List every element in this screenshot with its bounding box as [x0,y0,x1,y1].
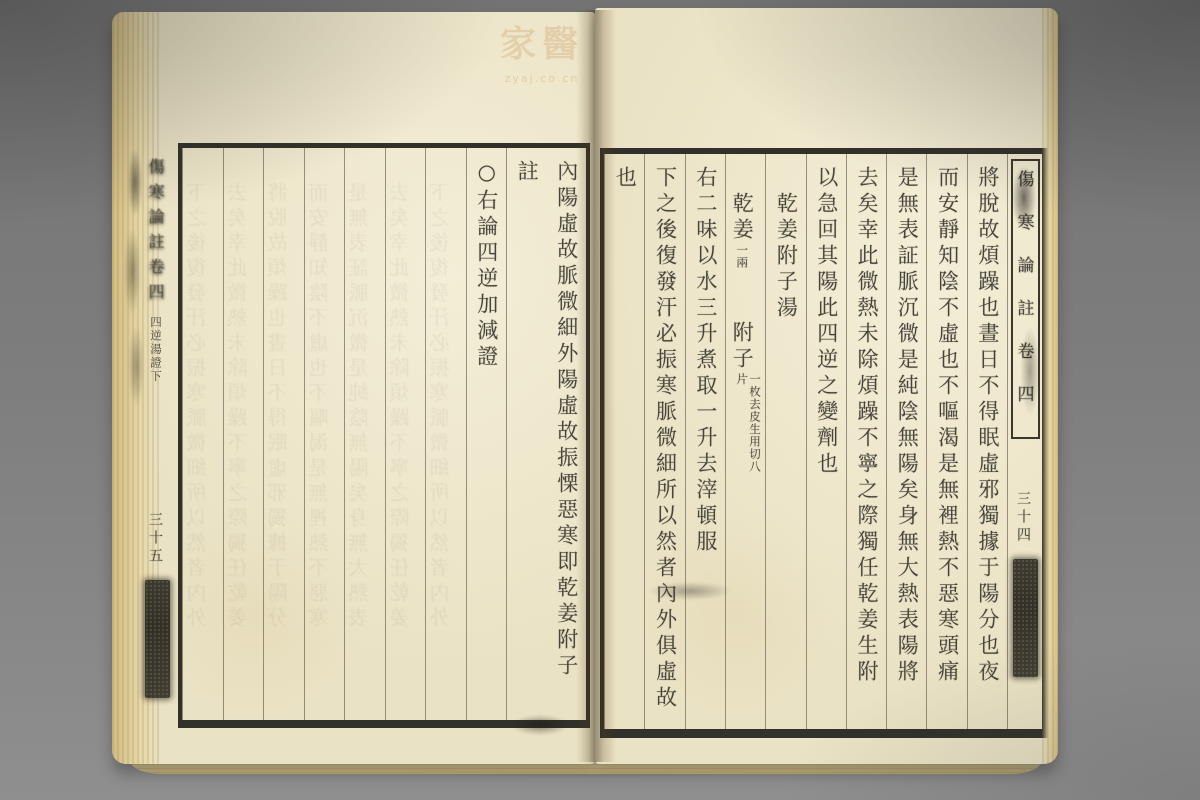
right-hashira-title-box: 傷寒論註卷四 [1011,159,1040,439]
left-column-3: ○右論四逆加減證 [466,148,507,720]
showthrough-ghost-text: 下之後復發汗必振寒脈微細所以然者內外 [426,148,466,720]
right-page-number: 三十四 [1017,491,1033,545]
right-column-2: 而安靜知陰不虛也不嘔渴是無裡熱不惡寒頭痛 [926,154,966,729]
left-column-1: 內陽虛故脈微細外陽虛故振慄惡寒即乾姜附子 [547,148,587,720]
left-page: 傷寒論註卷四 四逆湯證下 三十五 內陽虛故脈微細外陽虛故振慄惡寒即乾姜附子註○右… [112,12,595,764]
right-column-1: 將脫故煩躁也晝日不得眠虛邪獨據于陽分也夜 [967,154,1007,729]
showthrough-ghost-text: 去矣幸此微熱未除煩躁不寧之際獨任乾姜 [224,148,264,720]
right-column-5: 以急回其陽此四逆之變劑也 [806,154,846,729]
right-column-text: 以急回其陽此四逆之變劑也 [815,154,838,729]
book: 傷寒論註卷四 四逆湯證下 三十五 內陽虛故脈微細外陽虛故振慄惡寒即乾姜附子註○右… [0,0,1200,800]
right-column-text: 乾姜一兩 附子一枚去皮生用切八片 [730,154,761,729]
left-column-8: 將脫故煩躁也晝日不得眠虛邪獨據于陽分 [263,148,304,720]
left-column-5: 去矣幸此微熱未除煩躁不寧之際獨任乾姜 [385,148,426,720]
left-hashira-title: 傷寒論註卷四 [147,158,167,308]
left-page-number: 三十五 [149,512,165,566]
left-column-6: 是無表証脈沉微是純陰無陽矣身無大熱表 [344,148,385,720]
left-hashira-subtitle: 四逆湯證下 [150,316,164,384]
showthrough-ghost-text: 而安靜知陰不虛也不嘔渴是無裡熱不惡寒 [305,148,345,720]
right-column-7: 乾姜一兩 附子一枚去皮生用切八片 [725,154,765,729]
right-column-text: 右二味以水三升煮取一升去滓頓服 [694,154,717,729]
right-column-text: 下之後復發汗必振寒脈微細所以然者內外俱虛故 [653,154,676,729]
left-fold-ink-block [145,580,170,698]
right-column-9: 下之後復發汗必振寒脈微細所以然者內外俱虛故 [644,154,684,729]
left-column-text: 內陽虛故脈微細外陽虛故振慄惡寒即乾姜附子 [555,148,578,720]
right-column-text: 乾姜附子湯 [774,154,797,729]
left-column-9: 去矣幸此微熱未除煩躁不寧之際獨任乾姜 [223,148,264,720]
right-page: 傷寒論註卷四 三十四 將脫故煩躁也晝日不得眠虛邪獨據于陽分也夜而安靜知陰不虛也不… [595,8,1058,764]
right-column-text: 是無表証脈沉微是純陰無陽矣身無大熱表陽將 [895,154,918,729]
right-column-text: 將脫故煩躁也晝日不得眠虛邪獨據于陽分也夜 [976,154,999,729]
left-column-text: 註 [515,148,538,720]
left-text-frame: 內陽虛故脈微細外陽虛故振慄惡寒即乾姜附子註○右論四逆加減證下之後復發汗必振寒脈微… [178,143,590,728]
showthrough-ghost-text: 是無表証脈沉微是純陰無陽矣身無大熱表 [345,148,385,720]
right-column-3: 是無表証脈沉微是純陰無陽矣身無大熱表陽將 [886,154,926,729]
right-fold-ink-block [1013,559,1038,677]
showthrough-ghost-text: 將脫故煩躁也晝日不得眠虛邪獨據于陽分 [264,148,304,720]
right-column-text: 也 [613,154,636,729]
right-text-frame: 傷寒論註卷四 三十四 將脫故煩躁也晝日不得眠虛邪獨據于陽分也夜而安靜知陰不虛也不… [600,148,1048,738]
right-column-10: 也 [604,154,644,729]
left-column-10: 下之後復發汗必振寒脈微細所以然者內外 [182,148,223,720]
photo-backdrop: 傷寒論註卷四 四逆湯證下 三十五 內陽虛故脈微細外陽虛故振慄惡寒即乾姜附子註○右… [0,0,1200,800]
showthrough-ghost-text: 下之後復發汗必振寒脈微細所以然者內外 [183,148,223,720]
right-column-text: 去矣幸此微熱未除煩躁不寧之際獨任乾姜生附 [855,154,878,729]
right-hashira: 傷寒論註卷四 三十四 [1007,154,1042,729]
right-column-8: 右二味以水三升煮取一升去滓頓服 [685,154,725,729]
right-column-6: 乾姜附子湯 [765,154,805,729]
left-column-text: ○右論四逆加減證 [475,148,498,720]
left-hashira: 傷寒論註卷四 四逆湯證下 三十五 [136,152,178,732]
left-column-7: 而安靜知陰不虛也不嘔渴是無裡熱不惡寒 [304,148,345,720]
right-column-text: 而安靜知陰不虛也不嘔渴是無裡熱不惡寒頭痛 [936,154,959,729]
right-column-4: 去矣幸此微熱未除煩躁不寧之際獨任乾姜生附 [846,154,886,729]
left-column-4: 下之後復發汗必振寒脈微細所以然者內外 [425,148,466,720]
showthrough-ghost-text: 去矣幸此微熱未除煩躁不寧之際獨任乾姜 [386,148,426,720]
left-column-2: 註 [506,148,547,720]
